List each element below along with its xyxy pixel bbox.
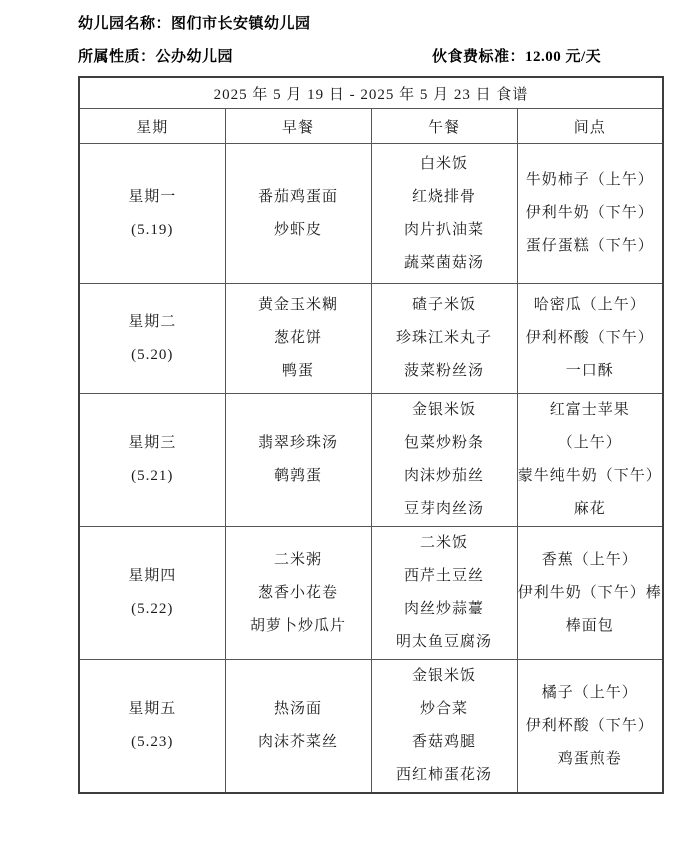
table-row: 星期三(5.21)翡翠珍珠汤鹌鹑蛋金银米饭包菜炒粉条肉沫炒茄丝豆芽肉丝汤红富士苹… <box>79 394 663 527</box>
menu-item: 鹌鹑蛋 <box>226 460 371 493</box>
table-row: 星期四(5.22)二米粥葱香小花卷胡萝卜炒瓜片二米饭西芹土豆丝肉丝炒蒜薹明太鱼豆… <box>79 527 663 660</box>
menu-item: 菠菜粉丝汤 <box>372 355 517 388</box>
menu-item: 棒面包 <box>518 610 663 643</box>
menu-item: 炒合菜 <box>372 693 517 726</box>
column-header-snack: 间点 <box>517 109 663 144</box>
menu-item: 伊利杯酸（下午） <box>518 322 663 355</box>
menu-item: 豆芽肉丝汤 <box>372 493 517 526</box>
menu-item: 番茄鸡蛋面 <box>226 181 371 214</box>
column-header-day: 星期 <box>79 109 225 144</box>
menu-item: 蔬菜菌菇汤 <box>372 247 517 280</box>
column-header-breakfast: 早餐 <box>225 109 371 144</box>
menu-item: 黄金玉米糊 <box>226 289 371 322</box>
menu-item: 肉沫炒茄丝 <box>372 460 517 493</box>
day-label: 星期四 <box>80 560 225 593</box>
column-header-lunch: 午餐 <box>371 109 517 144</box>
day-cell: 星期三(5.21) <box>79 394 225 527</box>
day-label: 星期三 <box>80 427 225 460</box>
menu-item: 肉沫芥菜丝 <box>226 726 371 759</box>
menu-item: 西红柿蛋花汤 <box>372 759 517 792</box>
menu-item: 哈密瓜（上午） <box>518 289 663 322</box>
menu-item: 鸡蛋煎卷 <box>518 743 663 776</box>
lunch-cell: 碴子米饭珍珠江米丸子菠菜粉丝汤 <box>371 284 517 394</box>
menu-item: 白米饭 <box>372 148 517 181</box>
menu-item: （上午） <box>518 427 663 460</box>
weekly-menu-table: 2025 年 5 月 19 日 - 2025 年 5 月 23 日 食谱 星期早… <box>78 76 664 794</box>
menu-item: 金银米饭 <box>372 394 517 427</box>
day-cell: 星期五(5.23) <box>79 660 225 794</box>
menu-item: 翡翠珍珠汤 <box>226 427 371 460</box>
lunch-cell: 二米饭西芹土豆丝肉丝炒蒜薹明太鱼豆腐汤 <box>371 527 517 660</box>
table-row: 星期二(5.20)黄金玉米糊葱花饼鸭蛋碴子米饭珍珠江米丸子菠菜粉丝汤哈密瓜（上午… <box>79 284 663 394</box>
table-row: 星期一(5.19)番茄鸡蛋面炒虾皮白米饭红烧排骨肉片扒油菜蔬菜菌菇汤牛奶柿子（上… <box>79 144 663 284</box>
menu-item: 炒虾皮 <box>226 214 371 247</box>
menu-item: 珍珠江米丸子 <box>372 322 517 355</box>
menu-item: 胡萝卜炒瓜片 <box>226 610 371 643</box>
breakfast-cell: 热汤面肉沫芥菜丝 <box>225 660 371 794</box>
kindergarten-name-line: 幼儿园名称：图们市长安镇幼儿园 <box>78 12 311 33</box>
nature-line: 所属性质：公办幼儿园 <box>78 45 233 66</box>
day-date: (5.21) <box>80 460 225 493</box>
day-cell: 星期一(5.19) <box>79 144 225 284</box>
menu-item: 牛奶柿子（上午） <box>518 164 663 197</box>
menu-item: 明太鱼豆腐汤 <box>372 626 517 659</box>
day-cell: 星期二(5.20) <box>79 284 225 394</box>
menu-item: 二米粥 <box>226 544 371 577</box>
lunch-cell: 白米饭红烧排骨肉片扒油菜蔬菜菌菇汤 <box>371 144 517 284</box>
day-label: 星期二 <box>80 306 225 339</box>
menu-item: 包菜炒粉条 <box>372 427 517 460</box>
menu-item: 金银米饭 <box>372 660 517 693</box>
menu-item: 蒙牛纯牛奶（下午） <box>518 460 663 493</box>
lunch-cell: 金银米饭包菜炒粉条肉沫炒茄丝豆芽肉丝汤 <box>371 394 517 527</box>
column-header-row: 星期早餐午餐间点 <box>79 109 663 144</box>
table-title: 2025 年 5 月 19 日 - 2025 年 5 月 23 日 食谱 <box>79 77 663 109</box>
menu-item: 葱香小花卷 <box>226 577 371 610</box>
day-label: 星期五 <box>80 693 225 726</box>
menu-item: 葱花饼 <box>226 322 371 355</box>
breakfast-cell: 翡翠珍珠汤鹌鹑蛋 <box>225 394 371 527</box>
day-cell: 星期四(5.22) <box>79 527 225 660</box>
day-date: (5.22) <box>80 593 225 626</box>
day-date: (5.19) <box>80 214 225 247</box>
menu-item: 一口酥 <box>518 355 663 388</box>
snack-cell: 牛奶柿子（上午）伊利牛奶（下午）蛋仔蛋糕（下午） <box>517 144 663 284</box>
lunch-cell: 金银米饭炒合菜香菇鸡腿西红柿蛋花汤 <box>371 660 517 794</box>
menu-item: 红烧排骨 <box>372 181 517 214</box>
menu-item: 香菇鸡腿 <box>372 726 517 759</box>
menu-item: 伊利杯酸（下午） <box>518 710 663 743</box>
menu-item: 鸭蛋 <box>226 355 371 388</box>
menu-item: 蛋仔蛋糕（下午） <box>518 230 663 263</box>
menu-item: 红富士苹果 <box>518 394 663 427</box>
table-row: 星期五(5.23)热汤面肉沫芥菜丝金银米饭炒合菜香菇鸡腿西红柿蛋花汤橘子（上午）… <box>79 660 663 794</box>
breakfast-cell: 二米粥葱香小花卷胡萝卜炒瓜片 <box>225 527 371 660</box>
menu-item: 香蕉（上午） <box>518 544 663 577</box>
menu-item: 肉片扒油菜 <box>372 214 517 247</box>
snack-cell: 香蕉（上午）伊利牛奶（下午）棒棒面包 <box>517 527 663 660</box>
snack-cell: 哈密瓜（上午）伊利杯酸（下午）一口酥 <box>517 284 663 394</box>
menu-item: 热汤面 <box>226 693 371 726</box>
menu-item: 伊利牛奶（下午）棒 <box>518 577 663 610</box>
menu-item: 橘子（上午） <box>518 677 663 710</box>
day-date: (5.23) <box>80 726 225 759</box>
menu-item: 二米饭 <box>372 527 517 560</box>
menu-item: 碴子米饭 <box>372 289 517 322</box>
menu-item: 麻花 <box>518 493 663 526</box>
day-label: 星期一 <box>80 181 225 214</box>
snack-cell: 橘子（上午）伊利杯酸（下午）鸡蛋煎卷 <box>517 660 663 794</box>
table-title-row: 2025 年 5 月 19 日 - 2025 年 5 月 23 日 食谱 <box>79 77 663 109</box>
menu-item: 西芹土豆丝 <box>372 560 517 593</box>
menu-item: 肉丝炒蒜薹 <box>372 593 517 626</box>
breakfast-cell: 黄金玉米糊葱花饼鸭蛋 <box>225 284 371 394</box>
menu-item: 伊利牛奶（下午） <box>518 197 663 230</box>
day-date: (5.20) <box>80 339 225 372</box>
fee-standard-line: 伙食费标准：12.00 元/天 <box>432 45 601 66</box>
breakfast-cell: 番茄鸡蛋面炒虾皮 <box>225 144 371 284</box>
snack-cell: 红富士苹果（上午）蒙牛纯牛奶（下午）麻花 <box>517 394 663 527</box>
